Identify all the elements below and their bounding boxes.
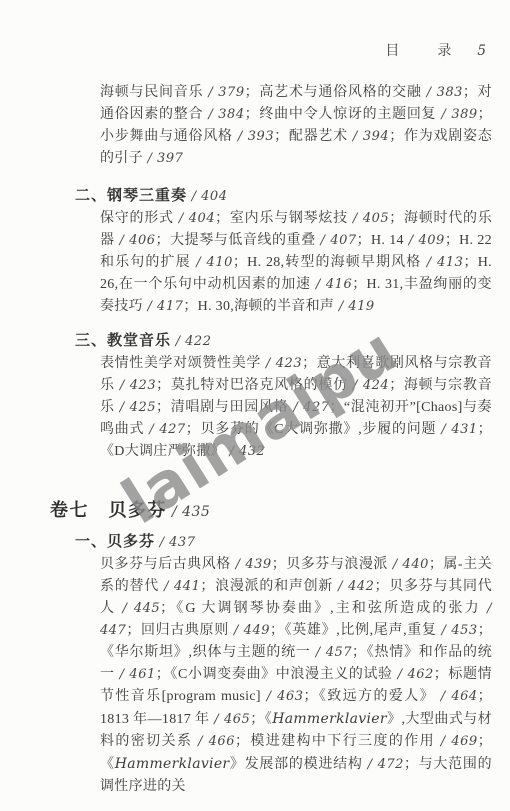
text-run: 卷七 贝多芬 <box>50 500 167 520</box>
page-ref: / 424 <box>348 378 389 393</box>
page-ref: / 409 <box>404 233 445 248</box>
page-ref: / 472 <box>363 757 404 772</box>
page-ref: / 469 <box>435 734 478 749</box>
page-ref: / 389 <box>436 107 477 122</box>
page-ref: / 404 <box>174 211 215 226</box>
haydn-popular-style-paragraph: 海顿与民间音乐 / 379；高艺术与通俗风格的交融 / 383；对通俗因素的整合… <box>100 82 492 170</box>
section-1-beethoven-heading: 一、贝多芬 / 437 <box>75 531 510 554</box>
page-ref: / 410 <box>191 255 233 270</box>
text-run: Hammerklavier <box>115 756 230 772</box>
page-ref: / 405 <box>348 211 389 226</box>
text-run: 保守的形式 <box>100 211 174 226</box>
page-ref: / 432 <box>225 444 265 459</box>
page-ref: / 393 <box>233 129 274 144</box>
page-ref: / 466 <box>192 734 235 749</box>
piano-trios-paragraph: 保守的形式 / 404；室内乐与钢琴炫技 / 405；海顿时代的乐器 / 406… <box>100 208 492 318</box>
page-ref: / 435 <box>167 504 210 520</box>
page-ref: / 419 <box>334 299 374 314</box>
text-run: ；室内乐与钢琴炫技 <box>215 211 348 226</box>
page-ref: / 383 <box>422 85 463 100</box>
page-ref: / 384 <box>203 107 244 122</box>
page-ref: / 445 <box>116 601 160 616</box>
page-ref: / 441 <box>159 579 200 594</box>
page-ref: / 453 <box>437 623 478 638</box>
text-run: ；《C小调变奏曲》中浪漫主义的试验 <box>156 667 393 682</box>
page-ref: / 461 <box>115 667 156 682</box>
page-ref: / 431 <box>436 422 477 437</box>
page-ref: / 407 <box>316 233 357 248</box>
page-ref: / 397 <box>143 151 183 166</box>
text-run: ；《英雄》,比例,尾声,重复 <box>270 623 437 638</box>
section-3-church-music-heading: 三、教堂音乐 / 422 <box>75 330 510 353</box>
text-run: 表情性美学对颂赞性美学 <box>100 356 261 371</box>
text-run: ；浪漫派的和声创新 <box>200 579 333 594</box>
text-run: 海顿与民间音乐 <box>100 85 203 100</box>
page-ref: / 463 <box>261 689 304 704</box>
text-run: ；H. 28,转型的海顿早期风格 <box>233 255 421 270</box>
page-ref: / 427 <box>288 400 329 415</box>
text-run: ；H. 30,海顿的半音和声 <box>183 299 334 314</box>
section-2-piano-trios-heading: 二、钢琴三重奏 / 404 <box>75 185 510 208</box>
text-run: 二、钢琴三重奏 <box>75 188 187 204</box>
text-run: ；《致远方的爱人》 <box>304 689 436 704</box>
text-run: ；清唱剧与田园风格 <box>156 400 288 415</box>
page-ref: / 417 <box>143 299 183 314</box>
text-run: ；高艺术与通俗风格的交融 <box>245 85 422 100</box>
page-ref: / 404 <box>187 189 227 204</box>
page-ref: / 462 <box>393 667 434 682</box>
beethoven-paragraph: 贝多芬与后古典风格 / 439；贝多芬与浪漫派 / 440；属-主关系的替代 /… <box>100 554 492 798</box>
text-run: ；H. 14 <box>357 233 404 248</box>
page-ref: / 457 <box>311 645 352 660</box>
page-ref: / 437 <box>155 535 195 550</box>
page-ref: / 442 <box>333 579 374 594</box>
book-page: 目录5 海顿与民间音乐 / 379；高艺术与通俗风格的交融 / 383；对通俗因… <box>0 0 510 811</box>
page-ref: / 449 <box>229 623 270 638</box>
page-ref: / 465 <box>210 712 251 727</box>
church-music-paragraph: 表情性美学对颂赞性美学 / 423；意大利喜歌剧风格与宗教音乐 / 423；莫扎… <box>100 353 492 463</box>
text-run: 三、教堂音乐 <box>75 333 171 349</box>
page-ref: / 439 <box>231 557 272 572</box>
text-run: ；贝多芬的《C大调弥撒》,步履的问题 <box>186 422 437 437</box>
text-run: ；莫扎特对巴洛克风格的模仿 <box>156 378 348 393</box>
page-ref: / 379 <box>203 85 244 100</box>
text-run: ；《G 大调钢琴协奏曲》,主和弦所造成的张力 <box>160 601 481 616</box>
page-ref: / 416 <box>311 277 352 292</box>
text-run: Hammerklavier <box>272 711 387 727</box>
toc-content: 海顿与民间音乐 / 379；高艺术与通俗风格的交融 / 383；对通俗因素的整合… <box>0 0 510 798</box>
page-ref: / 413 <box>421 255 463 270</box>
page-ref: / 394 <box>348 129 389 144</box>
text-run: ；回归古典原则 <box>126 623 229 638</box>
text-run: ；配器艺术 <box>274 129 348 144</box>
page-ref: / 425 <box>115 400 156 415</box>
text-run: 》发展部的模进结构 <box>229 757 362 772</box>
text-run: ；贝多芬与浪漫派 <box>272 557 388 572</box>
text-run: ；模进建构中下行三度的作用 <box>235 734 435 749</box>
page-ref: / 422 <box>171 334 211 349</box>
text-run: 一、贝多芬 <box>75 534 155 550</box>
text-run: ；《 <box>250 712 272 727</box>
page-ref: / 423 <box>115 378 156 393</box>
page-ref: / 440 <box>388 557 429 572</box>
page-ref: / 423 <box>261 356 302 371</box>
text-run: ；大提琴与低音线的重叠 <box>156 233 316 248</box>
volume-7-beethoven-title: 卷七 贝多芬 / 435 <box>50 497 510 525</box>
page-ref: / 464 <box>435 689 478 704</box>
text-run: ；终曲中令人惊讶的主题回复 <box>245 107 437 122</box>
text-run: 贝多芬与后古典风格 <box>100 557 231 572</box>
page-ref: / 427 <box>144 422 185 437</box>
page-ref: / 406 <box>115 233 156 248</box>
